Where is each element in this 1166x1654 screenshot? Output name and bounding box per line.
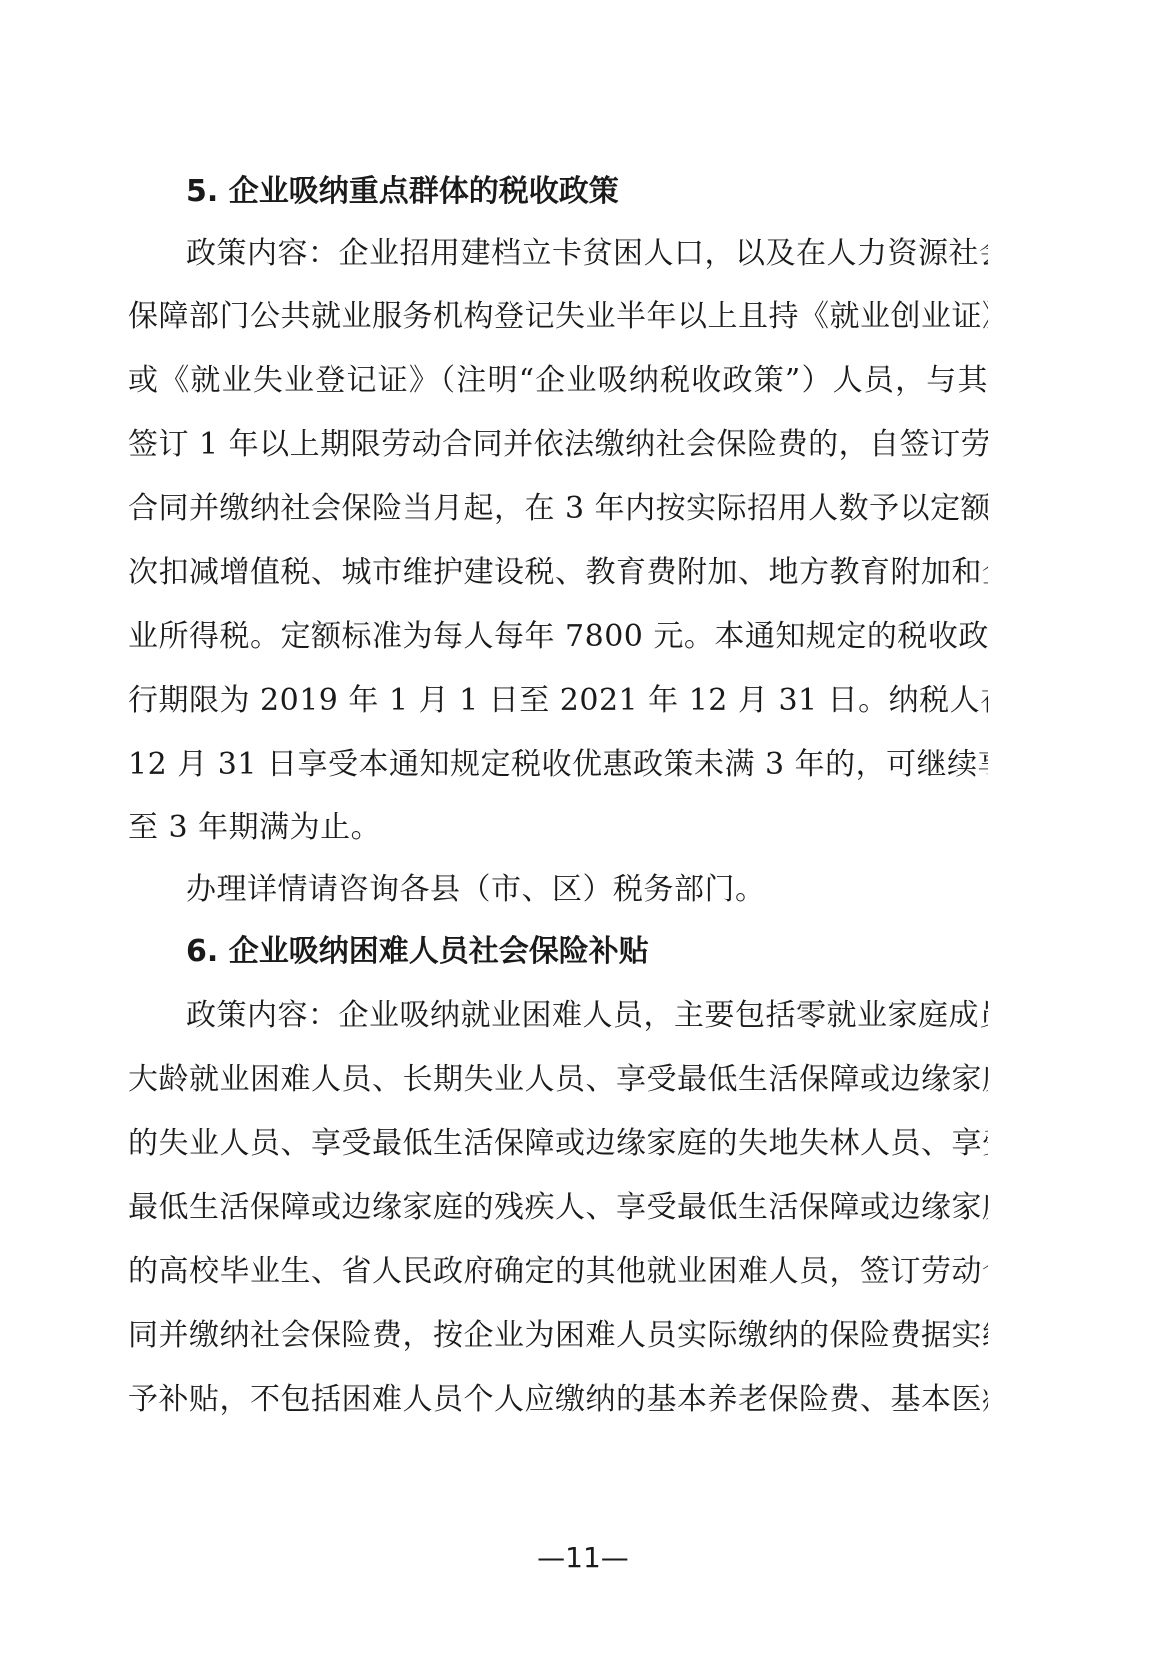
section-6-heading: 6. 企业吸纳困难人员社会保险补贴 — [186, 932, 649, 972]
section-5-heading: 5. 企业吸纳重点群体的税收政策 — [186, 172, 619, 212]
section-5-line-5: 合同并缴纳社会保险当月起，在 3 年内按实际招用人数予以定额依 — [128, 489, 988, 529]
section-6-line-3: 的失业人员、享受最低生活保障或边缘家庭的失地失林人员、享受 — [128, 1124, 988, 1164]
page-number: —11— — [0, 1540, 1166, 1576]
section-5-line-8: 行期限为 2019 年 1 月 1 日至 2021 年 12 月 31 日。纳税… — [128, 681, 988, 721]
section-6-line-1: 政策内容：企业吸纳就业困难人员，主要包括零就业家庭成员、 — [186, 996, 988, 1036]
section-5-line-3: 或《就业失业登记证》（注明“企业吸纳税收政策”）人员，与其 — [128, 361, 988, 401]
section-5-line-2: 保障部门公共就业服务机构登记失业半年以上且持《就业创业证》 — [128, 297, 988, 337]
section-5-line-1: 政策内容：企业招用建档立卡贫困人口，以及在人力资源社会 — [186, 234, 988, 274]
document-page: 5. 企业吸纳重点群体的税收政策 政策内容：企业招用建档立卡贫困人口，以及在人力… — [0, 0, 1166, 1654]
section-5-line-4: 签订 1 年以上期限劳动合同并依法缴纳社会保险费的，自签订劳动 — [128, 425, 988, 465]
section-6-line-5: 的高校毕业生、省人民政府确定的其他就业困难人员，签订劳动合 — [128, 1252, 988, 1292]
section-6-line-2: 大龄就业困难人员、长期失业人员、享受最低生活保障或边缘家庭 — [128, 1060, 988, 1100]
section-5-line-7: 业所得税。定额标准为每人每年 7800 元。本通知规定的税收政策执 — [128, 617, 988, 657]
section-6-line-6: 同并缴纳社会保险费，按企业为困难人员实际缴纳的保险费据实给 — [128, 1316, 988, 1356]
section-5-line-9: 12 月 31 日享受本通知规定税收优惠政策未满 3 年的，可继续享受 — [128, 745, 988, 785]
section-5-contact: 办理详情请咨询各县（市、区）税务部门。 — [186, 870, 988, 910]
section-5-line-10: 至 3 年期满为止。 — [128, 808, 988, 848]
section-6-line-4: 最低生活保障或边缘家庭的残疾人、享受最低生活保障或边缘家庭 — [128, 1188, 988, 1228]
section-6-line-7: 予补贴，不包括困难人员个人应缴纳的基本养老保险费、基本医疗 — [128, 1380, 988, 1420]
section-5-line-6: 次扣减增值税、城市维护建设税、教育费附加、地方教育附加和企 — [128, 553, 988, 593]
